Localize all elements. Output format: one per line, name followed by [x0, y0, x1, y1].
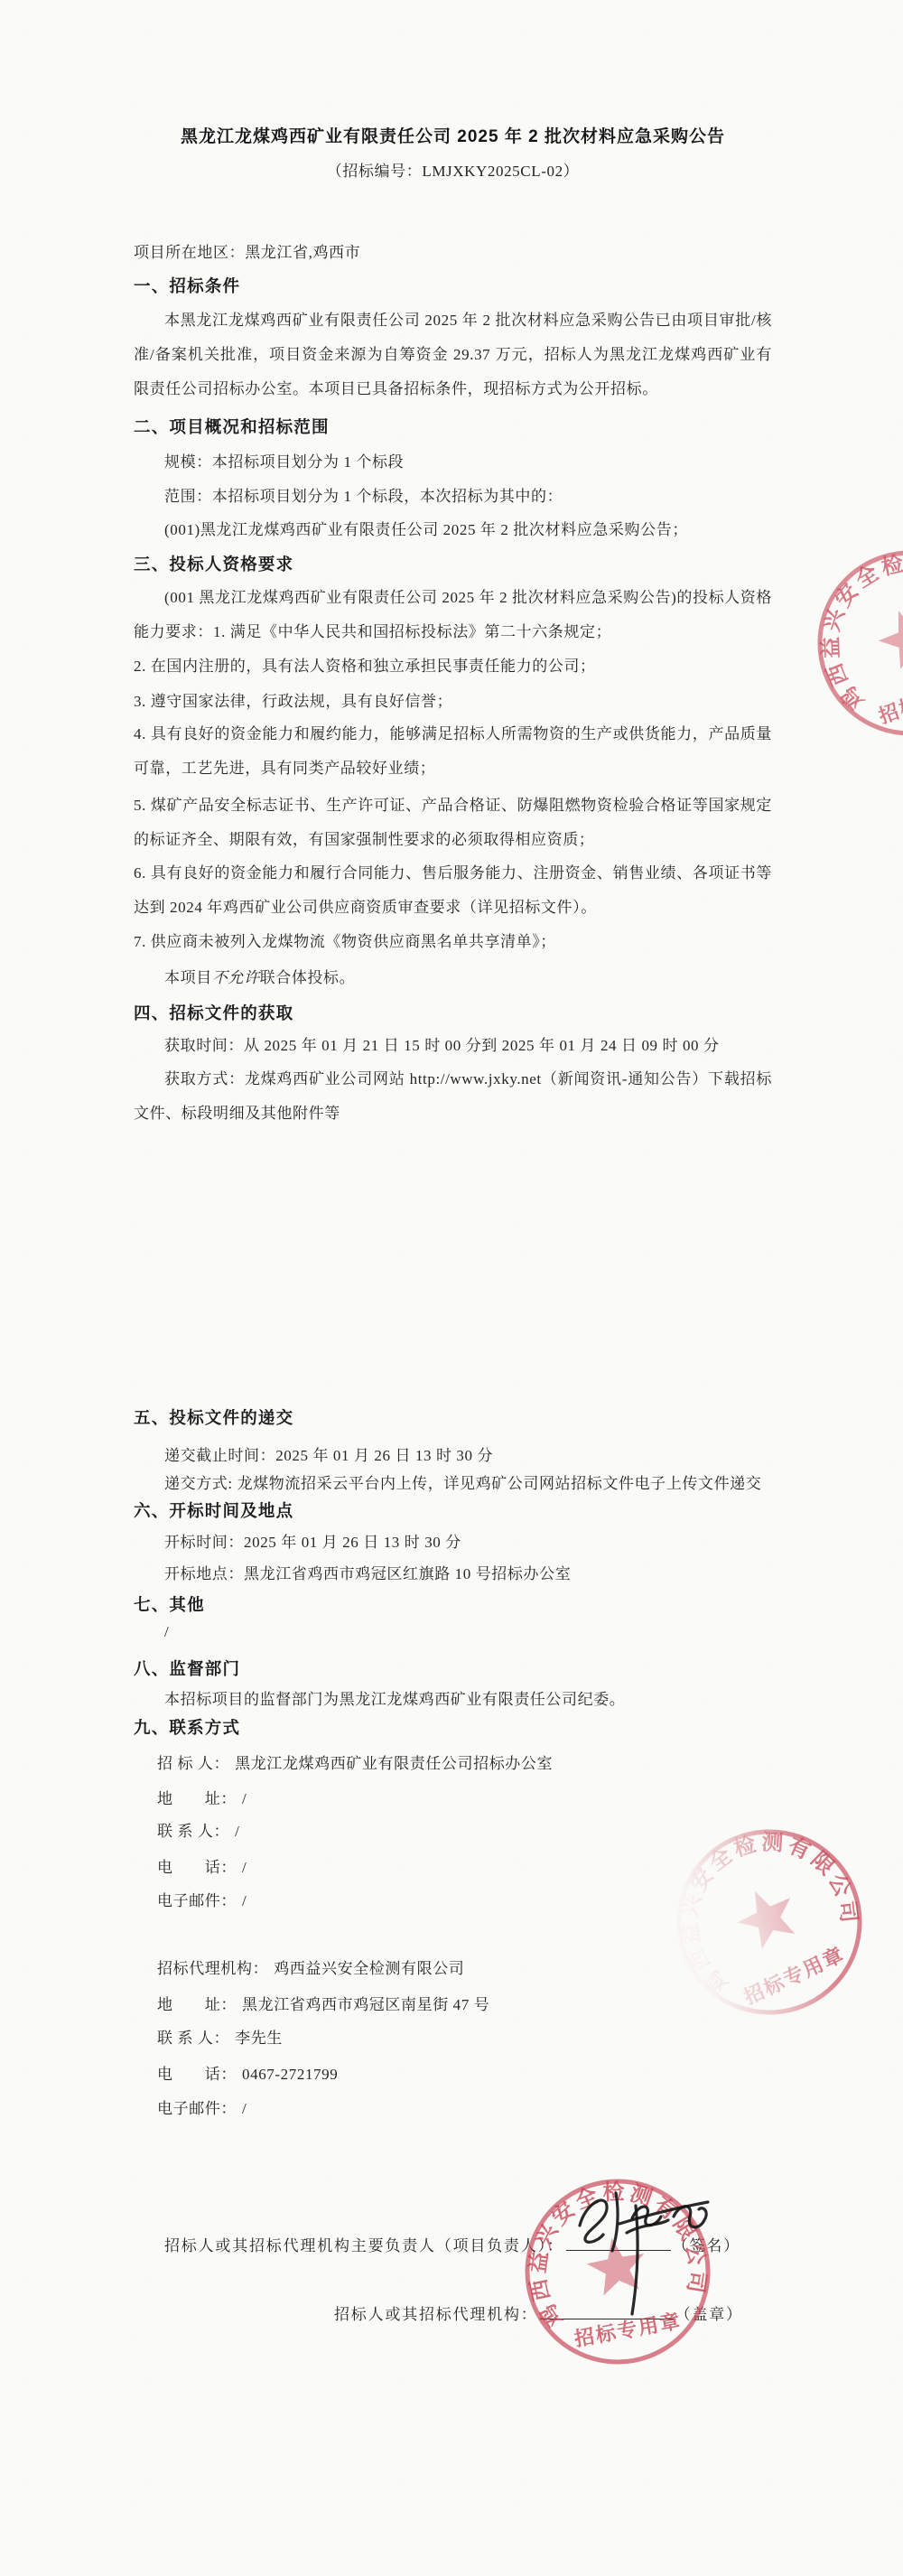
agency-contact-row: 联 系 人：李先生 — [134, 2021, 796, 2056]
qualification-item-3: 3. 遵守国家法律，行政法规，具有良好信誉； — [134, 685, 772, 719]
agency-address-label: 地 址： — [157, 1996, 237, 2013]
agency-phone-value: 0467-2721799 — [242, 2066, 338, 2083]
note-pre: 本项目 — [164, 969, 212, 986]
phone-value: / — [242, 1859, 247, 1876]
tenderer-phone-row: 电 话：/ — [134, 1851, 796, 1885]
section-9-heading: 九、联系方式 — [134, 1715, 772, 1741]
agency-email-value: / — [242, 2100, 247, 2117]
tenderer-value: 黑龙江龙煤鸡西矿业有限责任公司招标办公室 — [235, 1755, 553, 1772]
agency-email-row: 电子邮件：/ — [134, 2092, 796, 2126]
note-emphasis: 不允许 — [212, 969, 260, 986]
tenderer-email-row: 电子邮件：/ — [134, 1884, 796, 1918]
phone-label: 电 话： — [157, 1859, 237, 1876]
section-2-heading: 二、项目概况和招标范围 — [134, 415, 772, 440]
agency-label: 招标代理机构： — [157, 1960, 268, 1977]
agency-phone-label: 电 话： — [157, 2066, 237, 2083]
signoff-signature-row: 招标人或其招标代理机构主要负责人（项目负责人）：（签名） — [164, 2229, 887, 2263]
tender-number: （招标编号：LMJXKY2025CL-02） — [134, 158, 772, 185]
qualification-intro: (001 黑龙江龙煤鸡西矿业有限责任公司 2025 年 2 批次材料应急采购公告… — [134, 581, 772, 649]
qualification-item-7: 7. 供应商未被列入龙煤物流《物资供应商黑名单共享清单》； — [134, 925, 772, 959]
contact-label: 联 系 人： — [157, 1823, 229, 1840]
scanned-document-page: 黑龙江龙煤鸡西矿业有限责任公司 2025 年 2 批次材料应急采购公告 （招标编… — [0, 0, 903, 2576]
open-time: 开标时间：2025 年 01 月 26 日 13 时 30 分 — [134, 1526, 772, 1560]
seal-star-icon — [871, 601, 903, 673]
tenderer-address-row: 地 址：/ — [134, 1782, 796, 1816]
project-scale: 规模：本招标项目划分为 1 个标段 — [134, 445, 772, 480]
open-place: 开标地点：黑龙江省鸡西市鸡冠区红旗路 10 号招标办公室 — [134, 1557, 772, 1591]
tenderer-row: 招 标 人：黑龙江龙煤鸡西矿业有限责任公司招标办公室 — [134, 1747, 796, 1781]
lot-001: (001)黑龙江龙煤鸡西矿业有限责任公司 2025 年 2 批次材料应急采购公告… — [134, 513, 772, 547]
agency-contact-label: 联 系 人： — [157, 2030, 229, 2047]
section-1-heading: 一、招标条件 — [134, 274, 772, 299]
qualification-item-6: 6. 具有良好的资金能力和履行合同能力、售后服务能力、注册资金、销售业绩、各项证… — [134, 856, 772, 925]
seal-line — [540, 2318, 674, 2319]
signoff-seal-row: 招标人或其招标代理机构：（盖章） — [334, 2298, 876, 2332]
agency-phone-row: 电 话：0467-2721799 — [134, 2058, 796, 2092]
qualification-item-5: 5. 煤矿产品安全标志证书、生产许可证、产品合格证、防爆阻燃物资检验合格证等国家… — [134, 789, 772, 857]
svg-text:鸡西益兴安全检测有限公司: 鸡西益兴安全检测有限公司 — [793, 525, 903, 719]
signoff-row1-suffix: （签名） — [673, 2237, 740, 2254]
section-7-body: / — [134, 1615, 772, 1649]
doc-title: 黑龙江龙煤鸡西矿业有限责任公司 2025 年 2 批次材料应急采购公告 — [134, 124, 772, 151]
section-8-heading: 八、监督部门 — [134, 1657, 772, 1682]
project-location: 项目所在地区：黑龙江省,鸡西市 — [134, 236, 772, 270]
agency-row: 招标代理机构：鸡西益兴安全检测有限公司 — [134, 1952, 796, 1986]
section-6-heading: 六、开标时间及地点 — [134, 1498, 772, 1524]
email-value: / — [242, 1892, 247, 1909]
project-scope: 范围：本招标项目划分为 1 个标段，本次招标为其中的： — [134, 480, 772, 514]
tenderer-label: 招 标 人： — [157, 1755, 229, 1772]
company-seal-top-right-icon: 鸡西益兴安全检测有限公司 招标专用章 — [783, 516, 903, 770]
address-label: 地 址： — [157, 1790, 237, 1807]
signoff-row2-label: 招标人或其招标代理机构： — [334, 2306, 538, 2323]
company-seal-bottom-icon: 鸡西益兴安全检测有限公司 招标专用章 — [503, 2157, 733, 2387]
obtain-time: 获取时间：从 2025 年 01 月 21 日 15 时 00 分到 2025 … — [134, 1029, 772, 1063]
section-7-heading: 七、其他 — [134, 1592, 772, 1618]
supervisor-body: 本招标项目的监督部门为黑龙江龙煤鸡西矿业有限责任公司纪委。 — [134, 1683, 772, 1717]
agency-value: 鸡西益兴安全检测有限公司 — [274, 1960, 464, 1977]
signoff-row1-label: 招标人或其招标代理机构主要负责人（项目负责人）： — [164, 2237, 564, 2254]
section-3-heading: 三、投标人资格要求 — [134, 552, 772, 577]
no-consortium-note: 本项目不允许联合体投标。 — [134, 961, 772, 995]
seal-caption-text: 招标专用章 — [876, 669, 903, 728]
section-4-heading: 四、招标文件的获取 — [134, 1001, 772, 1026]
submit-method: 递交方式: 龙煤物流招采云平台内上传，详见鸡矿公司网站招标文件电子上传文件递交 — [134, 1467, 772, 1501]
agency-address-row: 地 址：黑龙江省鸡西市鸡冠区南星街 47 号 — [134, 1988, 796, 2022]
agency-email-label: 电子邮件： — [157, 2100, 237, 2117]
agency-contact-value: 李先生 — [235, 2030, 283, 2047]
qualification-item-2: 2. 在国内注册的，具有法人资格和独立承担民事责任能力的公司； — [134, 649, 772, 684]
email-label: 电子邮件： — [157, 1892, 237, 1909]
section-5-heading: 五、投标文件的递交 — [134, 1405, 772, 1431]
section-1-body: 本黑龙江龙煤鸡西矿业有限责任公司 2025 年 2 批次材料应急采购公告已由项目… — [134, 303, 772, 406]
signature-line — [566, 2249, 671, 2251]
tenderer-contact-row: 联 系 人：/ — [134, 1815, 796, 1849]
note-post: 联合体投标。 — [260, 969, 356, 986]
qualification-item-4: 4. 具有良好的资金能力和履约能力，能够满足招标人所需物资的生产或供货能力，产品… — [134, 717, 772, 786]
contact-value: / — [235, 1823, 239, 1840]
obtain-method: 获取方式：龙煤鸡西矿业公司网站 http://www.jxky.net（新闻资讯… — [134, 1062, 772, 1131]
seal-company-text: 鸡西益兴安全检测有限公司 — [793, 525, 903, 719]
signoff-row2-suffix: （盖章） — [675, 2306, 743, 2323]
address-value: / — [242, 1790, 247, 1807]
agency-address-value: 黑龙江省鸡西市鸡冠区南星街 47 号 — [242, 1996, 489, 2013]
